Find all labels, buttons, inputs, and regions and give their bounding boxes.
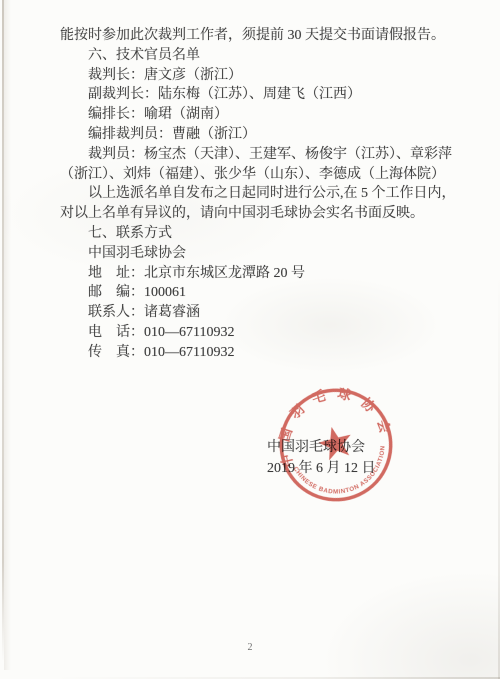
doc-line: 能按时参加此次裁判工作者，须提前 30 天提交书面请假报告。 xyxy=(60,26,460,46)
doc-line: 编排长：喻珺（湖南） xyxy=(60,105,460,125)
scan-edge-left-shadow xyxy=(4,0,11,670)
doc-line: 七、联系方式 xyxy=(60,224,460,244)
doc-line: 对以上名单有异议的，请向中国羽毛球协会实名书面反映。 xyxy=(60,204,460,224)
doc-line: 裁判员：杨宝杰（天津）、王建军、杨俊宇（江苏）、章彩萍 xyxy=(60,145,460,165)
doc-line: 电 话：010—67110932 xyxy=(60,323,460,343)
doc-line: 副裁判长：陆东梅（江苏）、周建飞（江西） xyxy=(60,85,460,105)
doc-line: 地 址：北京市东城区龙潭路 20 号 xyxy=(60,264,460,284)
document-body: 能按时参加此次裁判工作者，须提前 30 天提交书面请假报告。 六、技术官员名单 … xyxy=(60,26,460,363)
doc-line: 邮 编：100061 xyxy=(60,283,460,303)
doc-line: 编排裁判员：曹融（浙江） xyxy=(60,125,460,145)
doc-line: （浙江）、刘炜（福建）、张少华（山东）、李德成（上海体院） xyxy=(60,165,460,185)
doc-line: 裁判长：唐文彦（浙江） xyxy=(60,66,460,86)
doc-line: 中国羽毛球协会 xyxy=(60,244,460,264)
doc-line: 以上选派名单自发布之日起同时进行公示,在 5 个工作日内， xyxy=(60,184,460,204)
page-number: 2 xyxy=(0,642,500,653)
seal-star-icon xyxy=(315,423,355,462)
doc-line: 六、技术官员名单 xyxy=(60,46,460,66)
document-page: 能按时参加此次裁判工作者，须提前 30 天提交书面请假报告。 六、技术官员名单 … xyxy=(0,0,500,679)
doc-line: 传 真：010—67110932 xyxy=(60,343,460,363)
official-seal: 中国羽毛球协会 CHINESE BADMINTON ASSOCIATION xyxy=(258,367,413,522)
doc-line: 联系人：诸葛睿涵 xyxy=(60,303,460,323)
